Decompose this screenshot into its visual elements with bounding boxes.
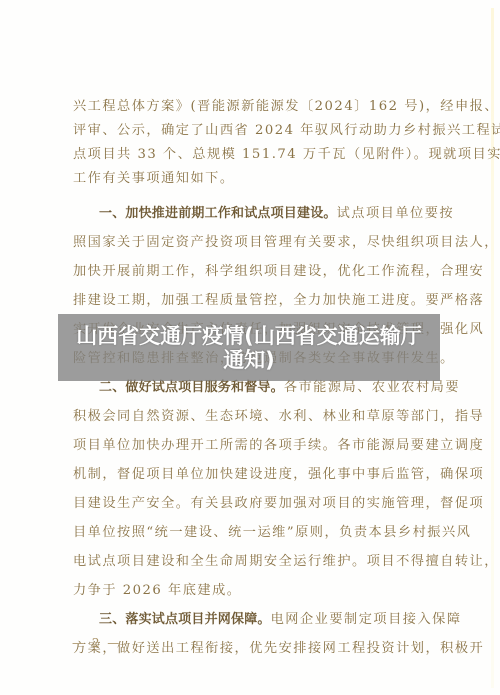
text-line: 项目单位加快办理开工所需的各项手续。各市能源局要建立调度 — [73, 435, 484, 457]
section-heading-1: 一、加快推进前期工作和试点项目建设。 — [99, 206, 337, 221]
text-line: 加快开展前期工作，科学组织项目建设，优化工作流程，合理安 — [73, 261, 484, 283]
text-line: 评审、公示，确定了山西省 2024 年驭风行动助力乡村振兴工程试 — [73, 120, 500, 142]
text-line: 力争于 2026 年底建成。 — [73, 580, 241, 602]
text-line: 目建设生产安全。有关县政府要加强对项目的实施管理，督促项 — [73, 493, 484, 515]
section-heading-line: 三、落实试点项目并网保障。电网企业要制定项目接入保障 — [99, 609, 462, 631]
page-number: — 2 — — [72, 636, 121, 650]
text-line: 机制，督促项目单位加快建设进度，强化事中事后监管，确保项 — [73, 464, 484, 486]
section-heading-line: 一、加快推进前期工作和试点项目建设。试点项目单位要按 — [99, 203, 454, 225]
text-line: 点项目共 33 个、总规模 151.74 万千瓦（见附件）。现就项目实施 — [73, 144, 500, 166]
text-line: 工作有关事项通知如下。 — [73, 168, 235, 190]
section-heading-2: 二、做好试点项目服务和督导。 — [99, 380, 284, 395]
title-overlay-banner: 山西省交通厅疫情(山西省交通运输厅通知) — [58, 314, 440, 381]
document-page: 兴工程总体方案》(晋能源新能源发〔2024〕162 号)，经申报、 评审、公示，… — [0, 0, 500, 695]
text-line: 积极会同自然资源、生态环境、水利、林业和草原等部门，指导 — [73, 406, 484, 428]
text-line: 照国家关于固定资产投资项目管理有关要求，尽快组织项目法人， — [73, 232, 499, 254]
text-line: 兴工程总体方案》(晋能源新能源发〔2024〕162 号)，经申报、 — [73, 96, 499, 118]
text-line: 目单位按照“统一建设、统一运维”原则，负责本县乡村振兴风 — [73, 522, 471, 544]
text-line: 方案，做好送出工程衔接，优先安排接网工程投资计划，积极开 — [73, 638, 484, 660]
text-line: 排建设工期，加强工程质量管控，全力加快施工进度。要严格落 — [73, 290, 484, 312]
text-line: 电试点项目建设和全生命周期安全运行维护。项目不得擅自转让， — [73, 551, 499, 573]
overlay-title: 山西省交通厅疫情(山西省交通运输厅通知) — [69, 324, 429, 372]
section-heading-3: 三、落实试点项目并网保障。 — [99, 612, 271, 627]
